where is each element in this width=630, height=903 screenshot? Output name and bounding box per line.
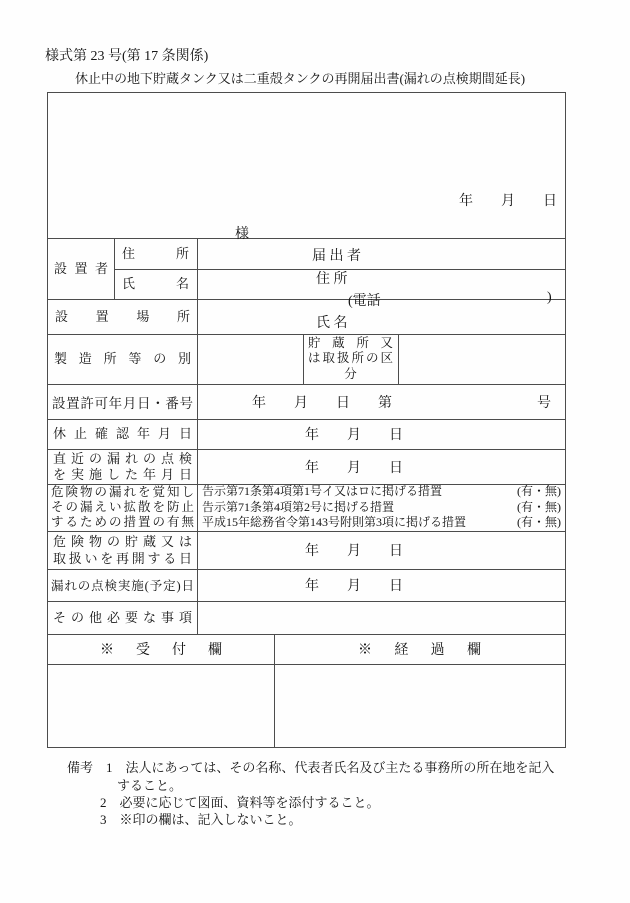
last-inspection-label-cell: 直近の漏れの点検 を実施した年月日 [48,449,197,484]
resume-date-label-line2: 取扱いを再開する日 [48,550,197,567]
leak-measures-label-line3: するための措置の有無 [48,515,197,530]
permission-label-cell: 設置許可年月日・番号 [48,384,197,419]
measure-item-option: (有・無) [517,484,561,500]
permission-label: 設置許可年月日・番号 [48,392,197,412]
facility-type-label-cell: 製 造 所 等 の 別 [48,334,197,384]
measure-item-text: 告示第71条第4項第1号イ又はロに掲げる措置 [202,484,442,500]
last-inspection-label-line1: 直近の漏れの点検 [48,451,197,467]
progress-column-header: ※ 経 過 欄 [274,634,565,664]
other-items-label-cell: そ の 他 必 要 な 事 項 [48,601,197,634]
leak-measures-field: 告示第71条第4項第1号イ又はロに掲げる措置 (有・無) 告示第71条第4項第2… [197,484,565,531]
last-inspection-label-line2: を実施した年月日 [48,467,197,483]
last-inspection-date-field: 年 月 日 [197,449,565,484]
reception-column-header: ※ 受 付 欄 [48,634,274,664]
notes-line-3: 2 必要に応じて図面、資料等を添付すること。 [100,794,380,811]
scheduled-inspection-date-field: 年 月 日 [197,569,565,601]
submission-date-field: 年 月 日 [459,190,557,210]
permission-field: 年 月 日 第 号 [197,384,565,419]
form-sheet: 様式第 23 号(第 17 条関係) 休止中の地下貯蔵タンク又は二重殻タンクの再… [0,0,630,903]
form-number: 様式第 23 号(第 17 条関係) [45,45,208,65]
measure-item-text: 告示第71条第4項第2号に掲げる措置 [202,500,394,516]
progress-header-text: ※ 経 過 欄 [274,639,565,659]
category-label-line3: 分 [303,367,398,383]
installer-name-field [197,269,565,299]
facility-type-field [197,334,303,384]
installer-address-label: 住 所 [114,246,197,262]
measure-item: 告示第71条第4項第2号に掲げる措置 (有・無) [197,500,565,516]
notes-line-4: 3 ※印の欄は、記入しないこと。 [100,811,302,828]
reception-header-text: ※ 受 付 欄 [48,639,274,659]
installer-label: 設 置 者 [48,261,114,277]
scheduled-inspection-label: 漏れの点検実施(予定)日 [48,576,197,594]
form-table: 年 月 日 様 届 出 者 住 所 (電話 ) 氏 名 設 置 者 住 所 氏 … [47,92,566,748]
category-label-line2: は取扱所の区 [303,351,398,367]
suspension-date-label: 休 止 確 認 年 月 日 [48,426,197,442]
permission-number-suffix: 号 [537,392,551,412]
installer-address-label-cell: 住 所 [114,238,197,269]
installer-address-field [197,238,565,269]
category-label-cell: 貯 蔵 所 又 は取扱所の区 分 [303,334,398,384]
form-title: 休止中の地下貯蔵タンク又は二重殻タンクの再開届出書(漏れの点検期間延長) [75,68,525,87]
measure-item: 告示第71条第4項第1号イ又はロに掲げる措置 (有・無) [197,484,565,500]
suspension-date-field: 年 月 日 [197,419,565,449]
installer-label-cell: 設 置 者 [48,238,114,299]
installer-name-label-cell: 氏 名 [114,269,197,299]
reception-area [48,664,274,747]
notes-line-1: 備考 1 法人にあっては、その名称、代表者氏名及び主たる事務所の所在地を記入 [67,759,554,776]
scheduled-inspection-label-cell: 漏れの点検実施(予定)日 [48,569,197,601]
measure-item-text: 平成15年総務省令第143号附則第3項に掲げる措置 [202,515,466,531]
permission-date-text: 年 月 日 第 [252,392,392,412]
measure-item-option: (有・無) [517,500,561,516]
resume-date-label-cell: 危険物の貯蔵又は 取扱いを再開する日 [48,531,197,569]
location-label-cell: 設 置 場 所 [48,299,197,334]
suspension-date-label-cell: 休 止 確 認 年 月 日 [48,419,197,449]
measure-item-option: (有・無) [517,515,561,531]
leak-measures-label-line2: その漏えい拡散を防止 [48,500,197,515]
category-label-line1: 貯 蔵 所 又 [303,336,398,352]
resume-date-label-line1: 危険物の貯蔵又は [48,533,197,550]
facility-type-label: 製 造 所 等 の 別 [48,351,197,367]
installer-name-label: 氏 名 [114,276,197,292]
location-field [197,299,565,334]
resume-date-field: 年 月 日 [197,531,565,569]
notes-line-2: すること。 [117,777,182,794]
category-field [398,334,565,384]
location-label: 設 置 場 所 [48,309,197,325]
leak-measures-label-cell: 危険物の漏れを覚知し その漏えい拡散を防止 するための措置の有無 [48,484,197,531]
leak-measures-label-line1: 危険物の漏れを覚知し [48,485,197,500]
measure-item: 平成15年総務省令第143号附則第3項に掲げる措置 (有・無) [197,515,565,531]
other-items-field [197,601,565,634]
other-items-label: そ の 他 必 要 な 事 項 [48,610,197,626]
progress-area [274,664,565,747]
